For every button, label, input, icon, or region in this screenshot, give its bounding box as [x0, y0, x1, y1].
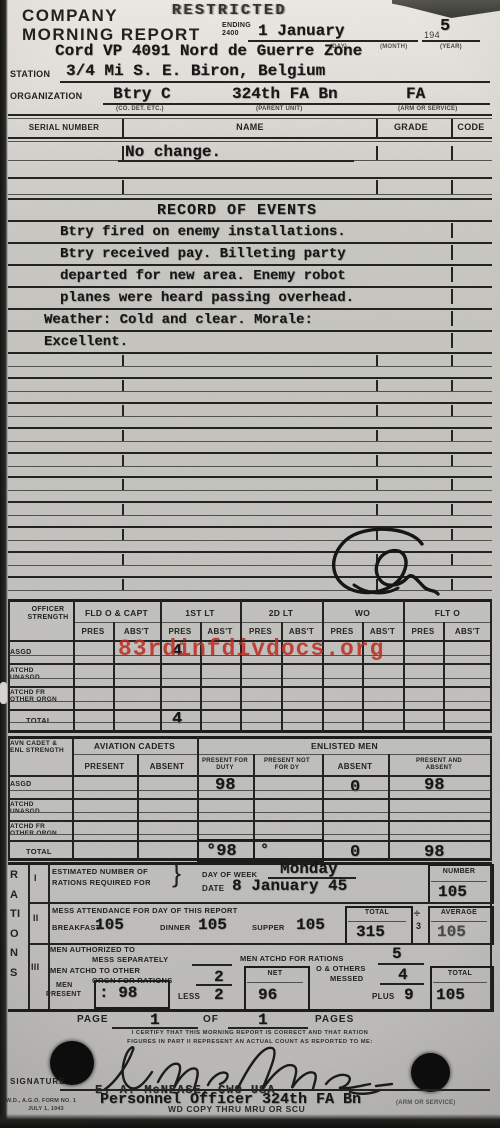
morning-report-scan: COMPANY RESTRICTED MORNING REPORT ENDING…: [0, 0, 500, 1128]
paper-grain: [0, 0, 500, 1128]
